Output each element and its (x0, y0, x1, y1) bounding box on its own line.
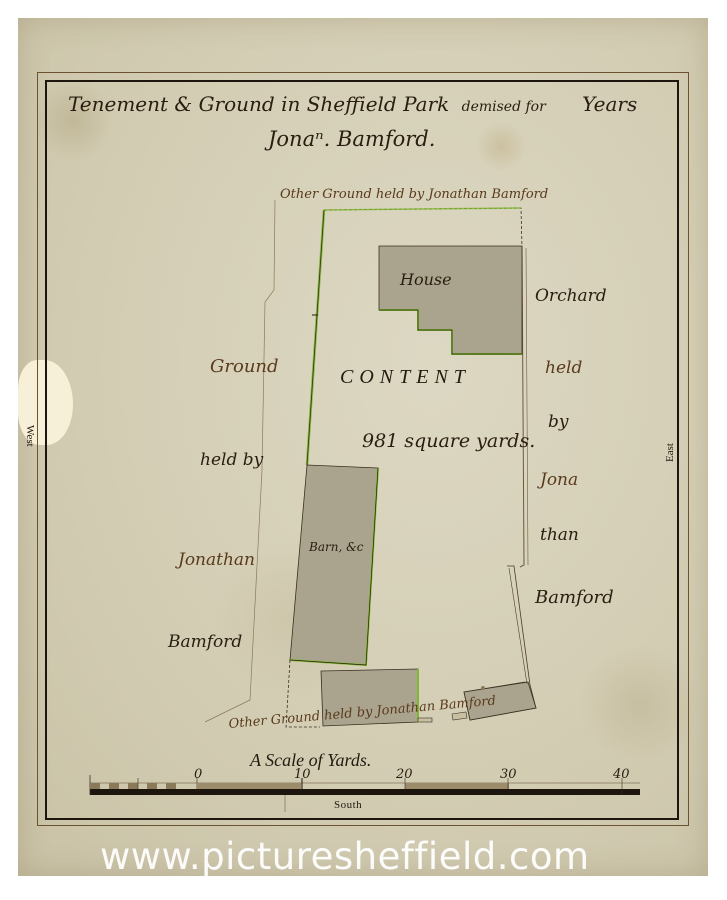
plot-north-boundary (324, 208, 522, 248)
watermark: www.picturesheffield.com (100, 835, 590, 878)
east-label-1: Orchard (535, 286, 607, 306)
east-label-3: by (548, 412, 569, 432)
scale-tick-40: 40 (613, 767, 630, 782)
east-label-5: than (540, 525, 579, 545)
west-label-2: held by (200, 450, 263, 470)
scale-title: A Scale of Yards. (250, 750, 371, 771)
compass-east: East (664, 443, 676, 462)
compass-west: West (24, 425, 36, 447)
scale-bar (90, 775, 640, 812)
scale-tick-0: 0 (194, 767, 202, 782)
content-label: CONTENT (340, 366, 471, 389)
west-label-3: Jonathan (178, 550, 255, 570)
north-neighbor-label: Other Ground held by Jonathan Bamford (280, 187, 548, 202)
scale-tick-30: 30 (500, 767, 517, 782)
east-label-4: Jona (540, 470, 578, 490)
east-label-2: held (545, 358, 582, 378)
east-label-6: Bamford (535, 587, 614, 608)
scale-tick-10: 10 (294, 767, 311, 782)
scale-tick-20: 20 (396, 767, 413, 782)
barn-label: Barn, &c (309, 540, 363, 554)
west-label-1: Ground (210, 356, 279, 377)
west-label-4: Bamford (168, 632, 242, 652)
area-label: 981 square yards. (362, 430, 535, 452)
house-building (379, 246, 522, 354)
compass-south: South (334, 799, 362, 811)
barn-building (290, 465, 378, 665)
house-label: House (400, 270, 452, 289)
